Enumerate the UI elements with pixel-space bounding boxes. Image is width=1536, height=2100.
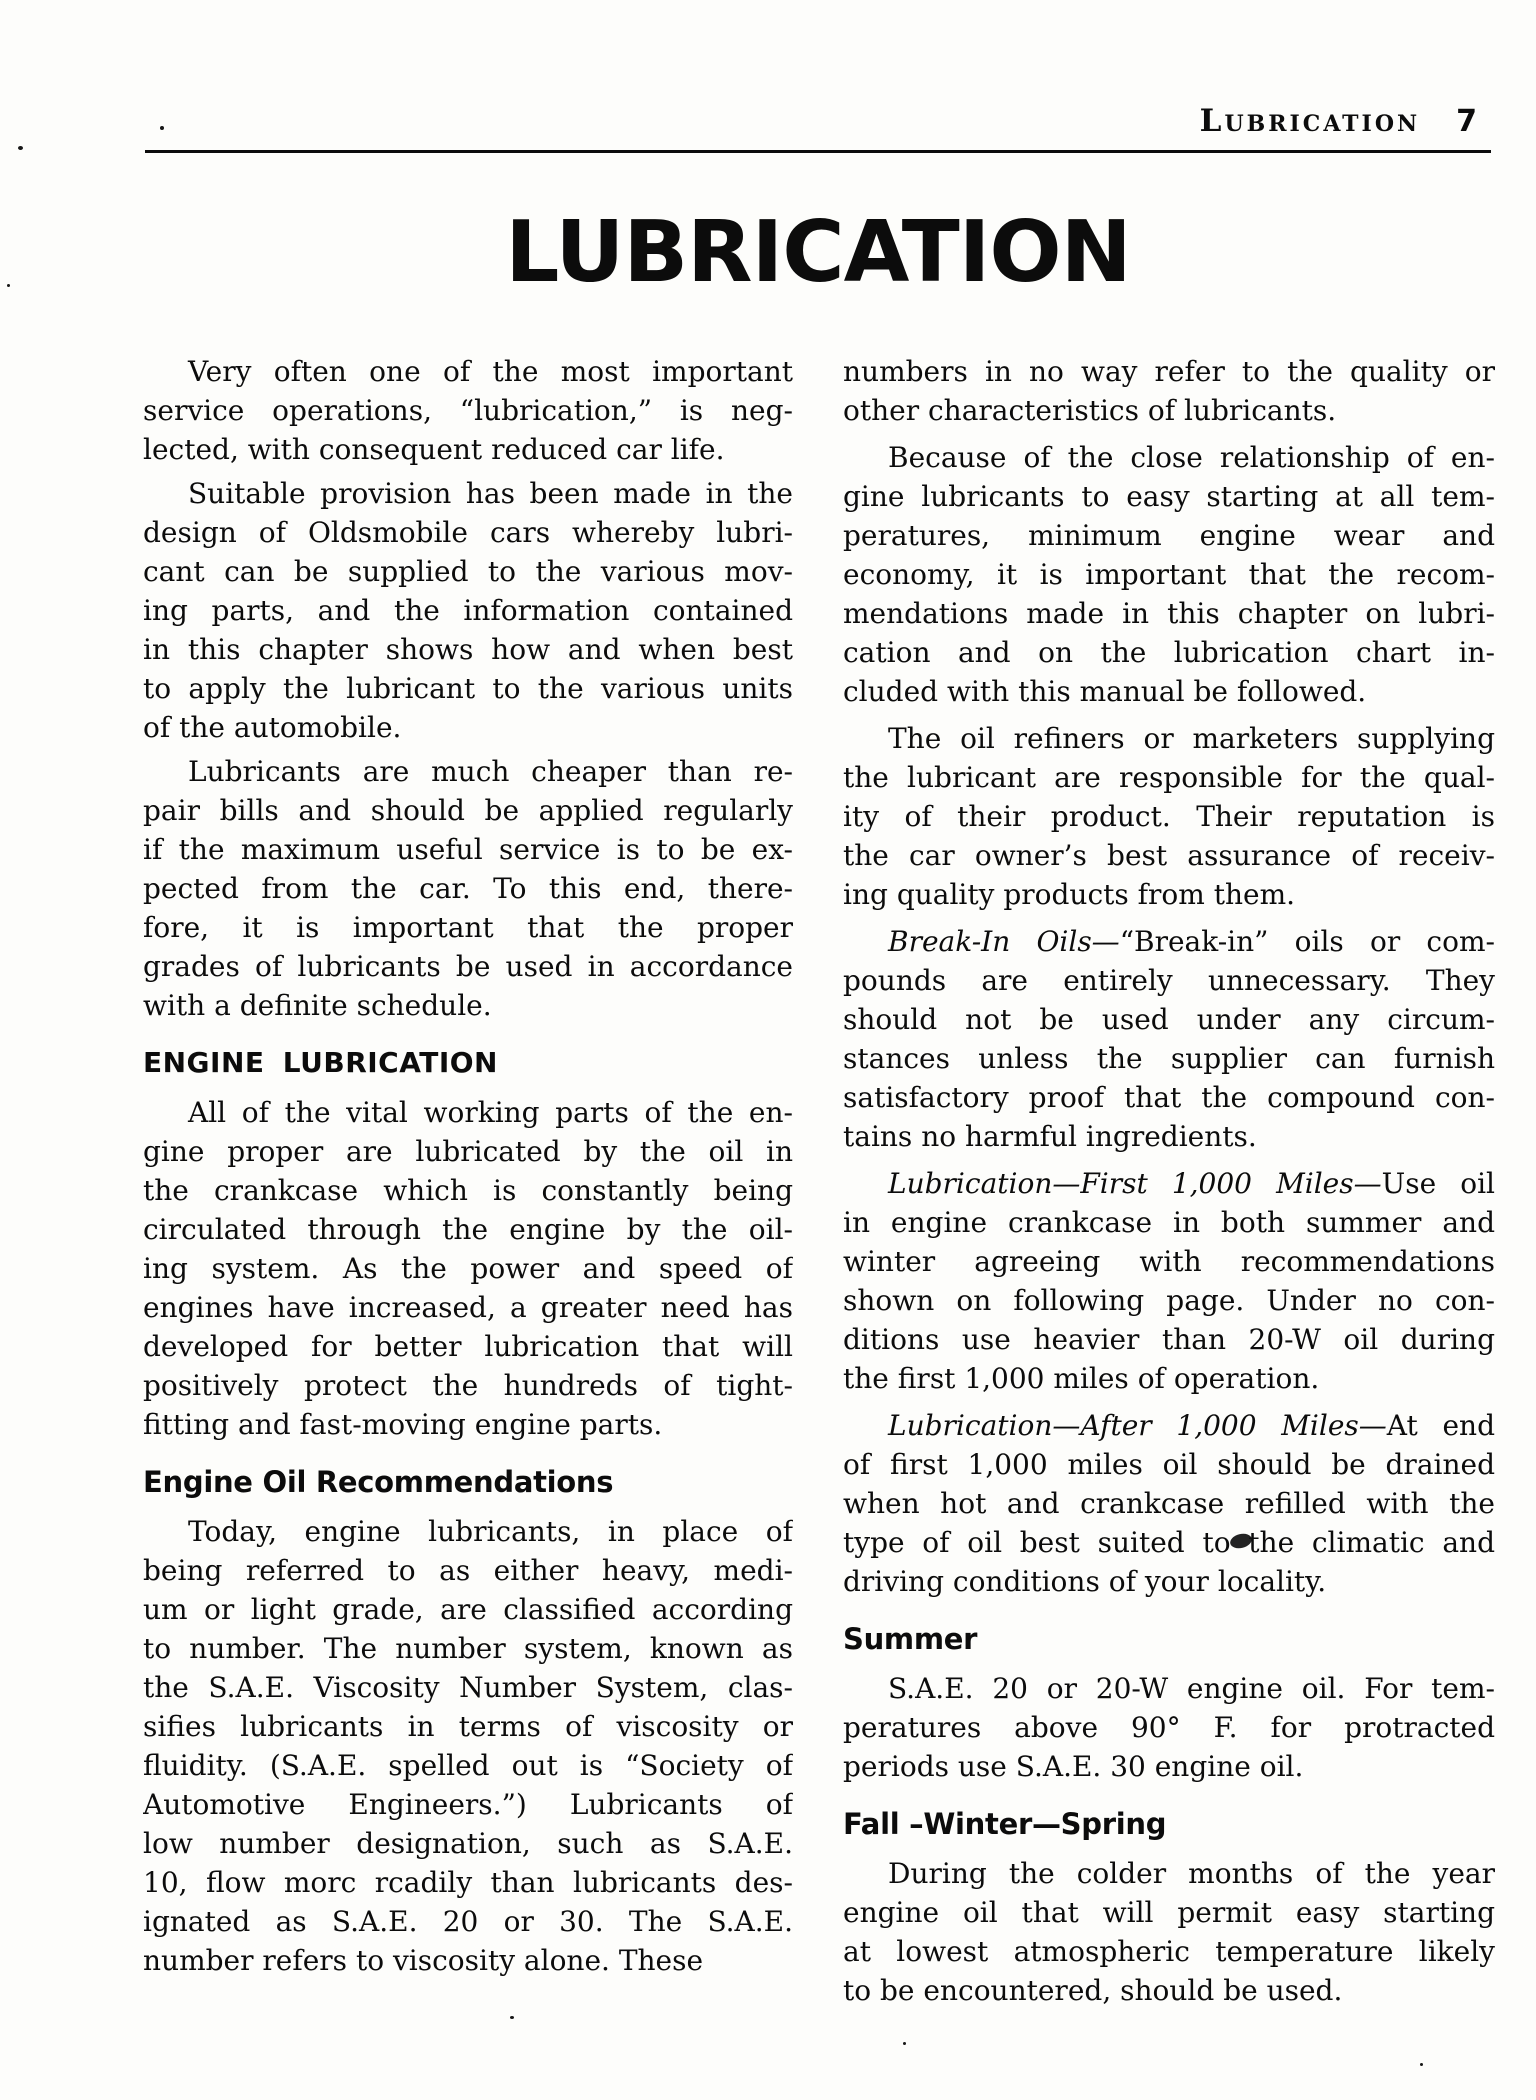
text-line: type of oil best suited to the climatic … xyxy=(843,1523,1495,1562)
text-line: at lowest atmospheric temperature likely xyxy=(843,1932,1495,1971)
text-line: ditions use heavier than 20-W oil during xyxy=(843,1320,1495,1359)
italic-lead-in: Lubrication—First 1,000 Miles— xyxy=(888,1167,1382,1200)
text-line: The oil refiners or marketers supplying xyxy=(843,719,1495,758)
text-line: number refers to viscosity alone. These xyxy=(143,1941,793,1980)
text-line: shown on following page. Under no con- xyxy=(843,1281,1495,1320)
text-line: design of Oldsmobile cars whereby lubri- xyxy=(143,513,793,552)
text-line: mendations made in this chapter on lubri… xyxy=(843,594,1495,633)
paragraph: The oil refiners or marketers supplyingt… xyxy=(843,719,1495,914)
text-line: low number designation, such as S.A.E. xyxy=(143,1824,793,1863)
text-line: engines have increased, a greater need h… xyxy=(143,1288,793,1327)
paragraph: Lubrication—First 1,000 Miles—Use oilin … xyxy=(843,1164,1495,1398)
text-line: of the automobile. xyxy=(143,708,793,747)
text-line: cation and on the lubrication chart in- xyxy=(843,633,1495,672)
scan-speck xyxy=(160,126,164,130)
text-line: in this chapter shows how and when best xyxy=(143,630,793,669)
text-line: economy, it is important that the recom- xyxy=(843,555,1495,594)
text-line: sifies lubricants in terms of viscosity … xyxy=(143,1707,793,1746)
text-line: peratures above 90° F. for protracted xyxy=(843,1708,1495,1747)
text-line: fluidity. (S.A.E. spelled out is “Societ… xyxy=(143,1746,793,1785)
text-line: ing parts, and the information contained xyxy=(143,591,793,630)
text-line: Lubricants are much cheaper than re- xyxy=(143,752,793,791)
text-line: fitting and fast-moving engine parts. xyxy=(143,1405,793,1444)
scan-speck xyxy=(7,284,10,287)
text-line: Very often one of the most important xyxy=(143,352,793,391)
section-heading: Engine Oil Recommendations xyxy=(143,1462,793,1502)
paragraph: Lubrication—After 1,000 Miles—At endof f… xyxy=(843,1406,1495,1601)
text-line: Because of the close relationship of en- xyxy=(843,438,1495,477)
running-head: Lubrication 7 xyxy=(1200,103,1477,139)
text-line: the crankcase which is constantly being xyxy=(143,1171,793,1210)
text-line: Automotive Engineers.”) Lubricants of xyxy=(143,1785,793,1824)
text-line: when hot and crankcase refilled with the xyxy=(843,1484,1495,1523)
text-line: lected, with consequent reduced car life… xyxy=(143,430,793,469)
text-line: pounds are entirely unnecessary. They xyxy=(843,961,1495,1000)
text-line: service operations, “lubrication,” is ne… xyxy=(143,391,793,430)
page-number: 7 xyxy=(1456,104,1477,139)
scan-speck xyxy=(510,2016,514,2019)
scan-speck xyxy=(18,146,23,150)
italic-lead-in: Break-In Oils— xyxy=(888,925,1120,958)
text-line: the first 1,000 miles of operation. xyxy=(843,1359,1495,1398)
paragraph: Very often one of the most importantserv… xyxy=(143,352,793,469)
text-line: pected from the car. To this end, there- xyxy=(143,869,793,908)
text-line: if the maximum useful service is to be e… xyxy=(143,830,793,869)
text-line: satisfactory proof that the compound con… xyxy=(843,1078,1495,1117)
text-line: to apply the lubricant to the various un… xyxy=(143,669,793,708)
section-heading: ENGINE LUBRICATION xyxy=(143,1043,793,1083)
right-column: numbers in no way refer to the quality o… xyxy=(843,352,1495,2018)
text-line: ing quality products from them. xyxy=(843,875,1495,914)
text-line: should not be used under any circum- xyxy=(843,1000,1495,1039)
text-line: Lubrication—After 1,000 Miles—At end xyxy=(843,1406,1495,1445)
text-line: S.A.E. 20 or 20-W engine oil. For tem- xyxy=(843,1669,1495,1708)
text-line: winter agreeing with recommendations xyxy=(843,1242,1495,1281)
text-line: cant can be supplied to the various mov- xyxy=(143,552,793,591)
section-heading: Fall –Winter—Spring xyxy=(843,1804,1495,1844)
text-line: the S.A.E. Viscosity Number System, clas… xyxy=(143,1668,793,1707)
text-line: other characteristics of lubricants. xyxy=(843,391,1495,430)
text-line: pair bills and should be applied regular… xyxy=(143,791,793,830)
text-line: 10, flow morc rcadily than lubricants de… xyxy=(143,1863,793,1902)
paragraph: numbers in no way refer to the quality o… xyxy=(843,352,1495,430)
paragraph: All of the vital working parts of the en… xyxy=(143,1093,793,1444)
scan-speck xyxy=(1420,2063,1423,2066)
left-column: Very often one of the most importantserv… xyxy=(143,352,793,1985)
italic-lead-in: Lubrication—After 1,000 Miles— xyxy=(888,1409,1387,1442)
text-line: tains no harmful ingredients. xyxy=(843,1117,1495,1156)
text-line: cluded with this manual be followed. xyxy=(843,672,1495,711)
scan-speck xyxy=(903,2042,906,2045)
text-line: stances unless the supplier can furnish xyxy=(843,1039,1495,1078)
paragraph: Break-In Oils—“Break-in” oils or com-pou… xyxy=(843,922,1495,1156)
header-rule xyxy=(145,150,1491,153)
running-title: Lubrication xyxy=(1200,103,1420,139)
text-line: Lubrication—First 1,000 Miles—Use oil xyxy=(843,1164,1495,1203)
ink-blot xyxy=(1229,1532,1254,1551)
paragraph: Suitable provision has been made in thed… xyxy=(143,474,793,747)
text-line: to be encountered, should be used. xyxy=(843,1971,1495,2010)
text-line: the car owner’s best assurance of receiv… xyxy=(843,836,1495,875)
text-line: Break-In Oils—“Break-in” oils or com- xyxy=(843,922,1495,961)
text-line: in engine crankcase in both summer and xyxy=(843,1203,1495,1242)
text-line: being referred to as either heavy, medi- xyxy=(143,1551,793,1590)
manual-page: Lubrication 7 LUBRICATION Very often one… xyxy=(0,0,1536,2100)
text-line: periods use S.A.E. 30 engine oil. xyxy=(843,1747,1495,1786)
text-line: ing system. As the power and speed of xyxy=(143,1249,793,1288)
text-line: positively protect the hundreds of tight… xyxy=(143,1366,793,1405)
text-line: engine oil that will permit easy startin… xyxy=(843,1893,1495,1932)
text-line: peratures, minimum engine wear and xyxy=(843,516,1495,555)
text-line: fore, it is important that the proper xyxy=(143,908,793,947)
text-line: the lubricant are responsible for the qu… xyxy=(843,758,1495,797)
text-line: gine proper are lubricated by the oil in xyxy=(143,1132,793,1171)
text-line: numbers in no way refer to the quality o… xyxy=(843,352,1495,391)
text-line: Today, engine lubricants, in place of xyxy=(143,1512,793,1551)
section-heading: Summer xyxy=(843,1619,1495,1659)
chapter-title: LUBRICATION xyxy=(145,202,1491,304)
paragraph: Lubricants are much cheaper than re-pair… xyxy=(143,752,793,1025)
text-line: developed for better lubrication that wi… xyxy=(143,1327,793,1366)
paragraph: Today, engine lubricants, in place ofbei… xyxy=(143,1512,793,1980)
text-line: driving conditions of your locality. xyxy=(843,1562,1495,1601)
text-line: to number. The number system, known as xyxy=(143,1629,793,1668)
paragraph: S.A.E. 20 or 20-W engine oil. For tem-pe… xyxy=(843,1669,1495,1786)
text-line: grades of lubricants be used in accordan… xyxy=(143,947,793,986)
text-line: circulated through the engine by the oil… xyxy=(143,1210,793,1249)
text-line: gine lubricants to easy starting at all … xyxy=(843,477,1495,516)
text-line: um or light grade, are classified accord… xyxy=(143,1590,793,1629)
text-line: of first 1,000 miles oil should be drain… xyxy=(843,1445,1495,1484)
text-line: Suitable provision has been made in the xyxy=(143,474,793,513)
paragraph: Because of the close relationship of en-… xyxy=(843,438,1495,711)
text-line: with a definite schedule. xyxy=(143,986,793,1025)
paragraph: During the colder months of the yearengi… xyxy=(843,1854,1495,2010)
text-line: During the colder months of the year xyxy=(843,1854,1495,1893)
text-line: ignated as S.A.E. 20 or 30. The S.A.E. xyxy=(143,1902,793,1941)
text-line: All of the vital working parts of the en… xyxy=(143,1093,793,1132)
text-line: ity of their product. Their reputation i… xyxy=(843,797,1495,836)
